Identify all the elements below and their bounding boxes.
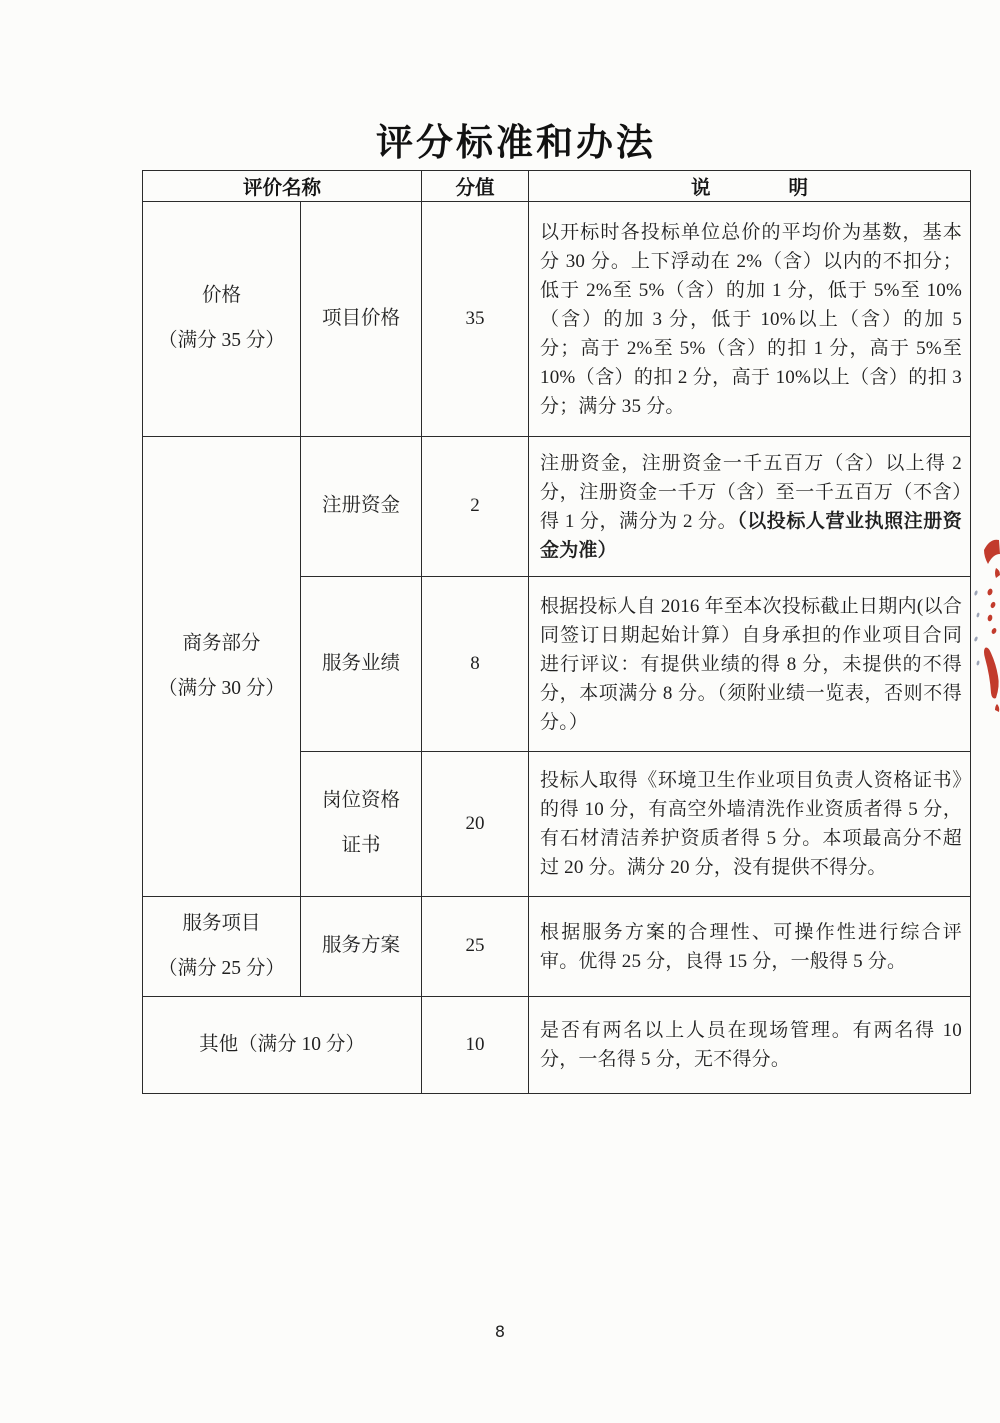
item-cell: 服务业绩 [301,577,422,752]
score-cell: 10 [422,997,529,1094]
page-number: 8 [0,1322,1000,1341]
category-cell: 服务项目 （满分 25 分） [143,897,301,997]
red-seal-mark [982,528,1000,718]
table-row-other: 其他（满分 10 分） 10 是否有两名以上人员在现场管理。有两名得 10 分，… [143,997,971,1094]
table-row-price: 价格 （满分 35 分） 项目价格 35 以开标时各投标单位总价的平均价为基数，… [143,202,971,437]
score-cell: 25 [422,897,529,997]
table-header-row: 评价名称 分值 说 明 [143,171,971,202]
description-cell: 投标人取得《环境卫生作业项目负责人资格证书》的得 10 分，有高空外墙清洗作业资… [529,752,971,897]
item-cell: 岗位资格 证书 [301,752,422,897]
header-name: 评价名称 [143,171,422,202]
score-cell: 8 [422,577,529,752]
page-title: 评分标准和办法 [0,112,1000,166]
pencil-tick-marks [972,585,984,675]
category-cell: 商务部分 （满分 30 分） [143,437,301,897]
table-row-service-plan: 服务项目 （满分 25 分） 服务方案 25 根据服务方案的合理性、可操作性进行… [143,897,971,997]
description-cell: 以开标时各投标单位总价的平均价为基数，基本分 30 分。上下浮动在 2%（含）以… [529,202,971,437]
score-cell: 2 [422,437,529,577]
item-cell: 项目价格 [301,202,422,437]
item-cell: 注册资金 [301,437,422,577]
score-cell: 20 [422,752,529,897]
description-cell: 注册资金，注册资金一千五百万（含）以上得 2 分，注册资金一千万（含）至一千五百… [529,437,971,577]
scoring-table: 评价名称 分值 说 明 价格 （满分 35 分） 项目价格 35 以开标时各投标… [142,170,971,1094]
description-cell: 根据投标人自 2016 年至本次投标截止日期内(以合同签订日期起始计算）自身承担… [529,577,971,752]
description-cell: 是否有两名以上人员在现场管理。有两名得 10 分，一名得 5 分，无不得分。 [529,997,971,1094]
item-cell: 服务方案 [301,897,422,997]
category-cell: 其他（满分 10 分） [143,997,422,1094]
description-cell: 根据服务方案的合理性、可操作性进行综合评审。优得 25 分，良得 15 分，一般… [529,897,971,997]
header-description: 说 明 [529,171,971,202]
table-row-registered-capital: 商务部分 （满分 30 分） 注册资金 2 注册资金，注册资金一千五百万（含）以… [143,437,971,577]
category-cell: 价格 （满分 35 分） [143,202,301,437]
header-score: 分值 [422,171,529,202]
score-cell: 35 [422,202,529,437]
